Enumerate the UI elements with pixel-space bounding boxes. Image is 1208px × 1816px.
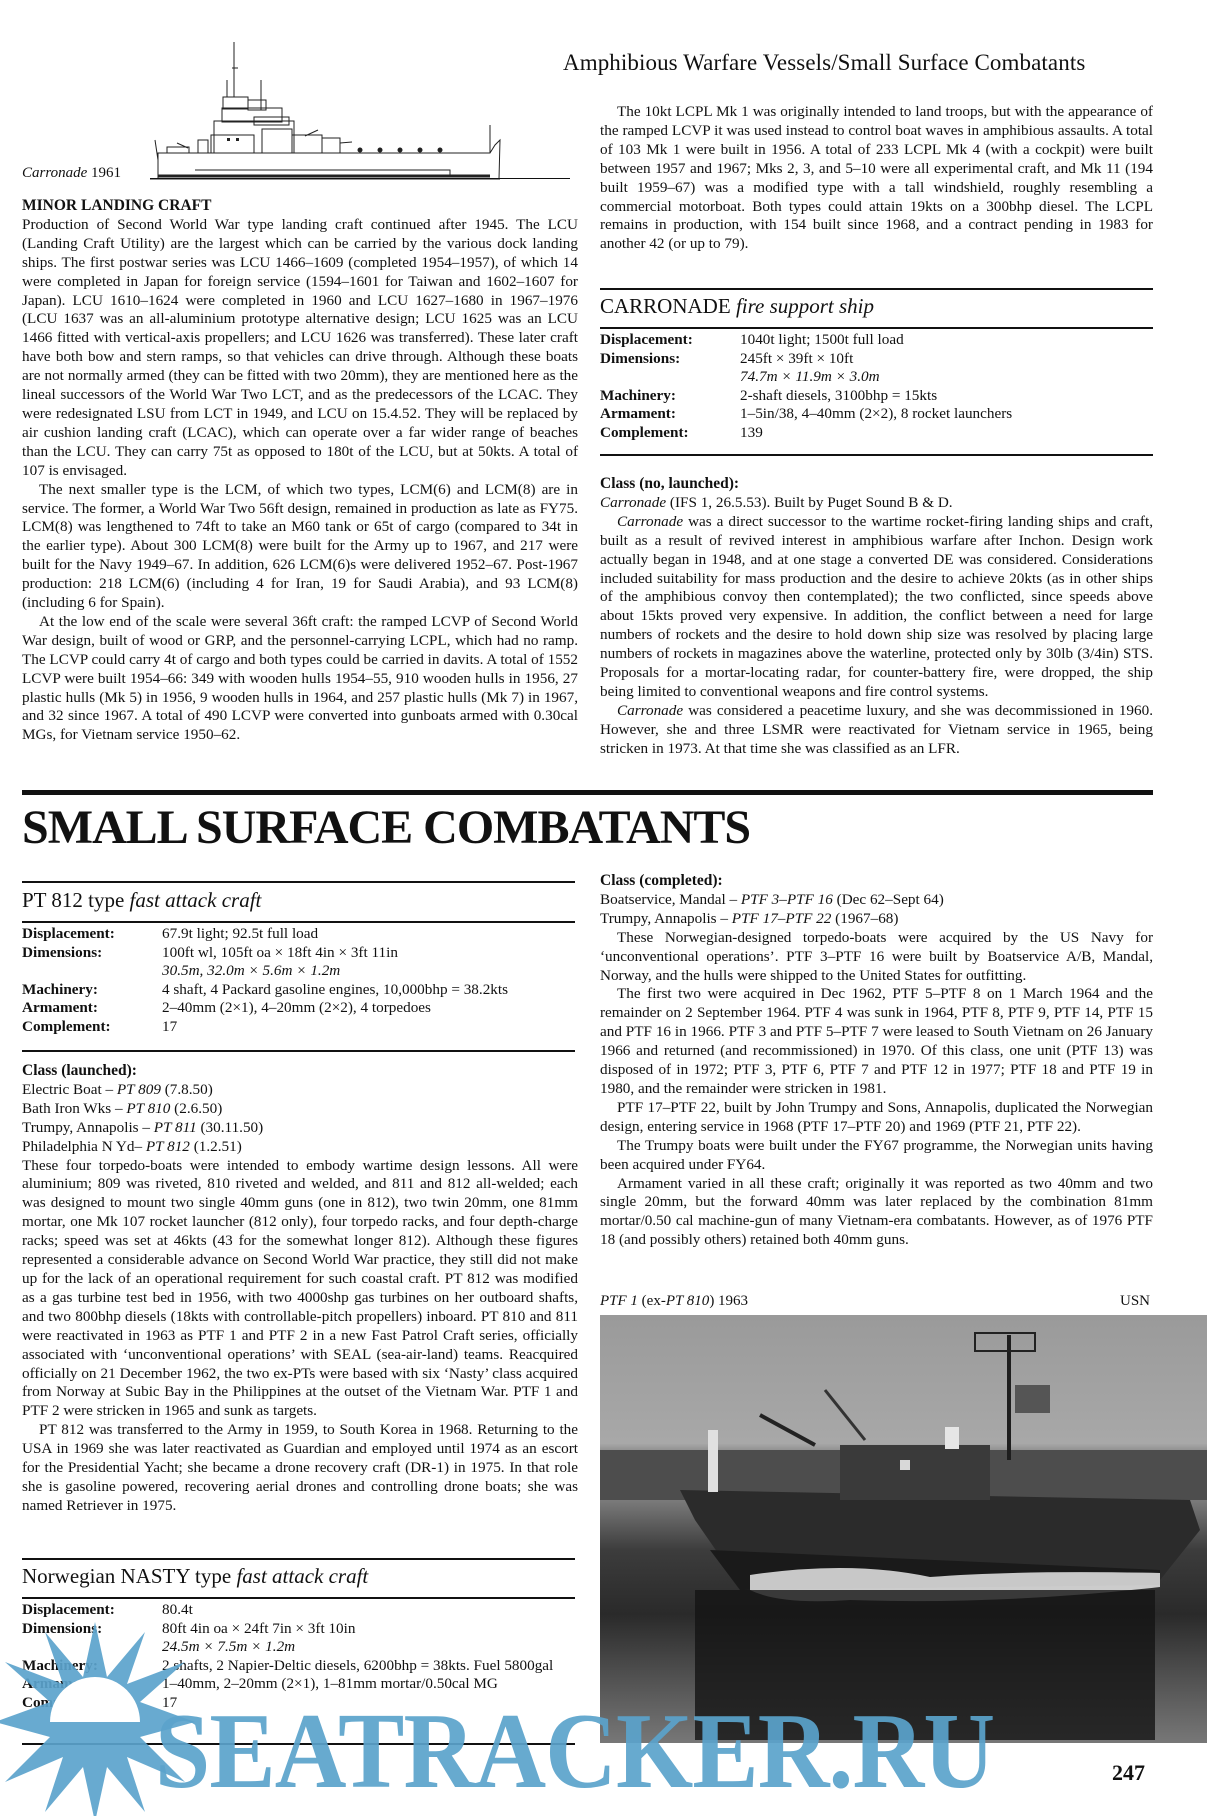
spec-row: Machinery:4 shaft, 4 Packard gasoline en…: [22, 981, 582, 1000]
spec-value: 1–5in/38, 4–40mm (2×2), 8 rocket launche…: [740, 405, 1153, 424]
spec-value: 80.4t: [162, 1601, 578, 1620]
carronade-class-section: Class (no, launched): Carronade (IFS 1, …: [600, 475, 1153, 759]
spec-row: Machinery:2-shaft diesels, 3100bhp = 15k…: [600, 387, 1153, 406]
paragraph: These Norwegian-designed torpedo-boats w…: [600, 929, 1153, 986]
spec-label: Armament:: [600, 405, 740, 424]
spec-label: Complement:: [22, 1018, 162, 1037]
paragraph: PT 812 was transferred to the Army in 19…: [22, 1421, 578, 1516]
photo-caption: PTF 1 (ex-PT 810) 1963: [600, 1293, 748, 1310]
caption-ship-name: Carronade: [22, 165, 87, 181]
class-list-item: Trumpy, Annapolis – PTF 17–PTF 22 (1967–…: [600, 910, 1153, 929]
paragraph: The next smaller type is the LCM, of whi…: [22, 481, 578, 613]
class-list-item: Trumpy, Annapolis – PT 811 (30.11.50): [22, 1119, 578, 1138]
spec-value: 245ft × 39ft × 10ft74.7m × 11.9m × 3.0m: [740, 350, 1153, 387]
ship-profile-icon: [150, 40, 570, 185]
spec-label: Displacement:: [22, 1601, 162, 1620]
paragraph: The Trumpy boats were built under the FY…: [600, 1137, 1153, 1175]
nasty-class-section: Class (completed): Boatservice, Mandal –…: [600, 872, 1153, 1250]
spec-label: Displacement:: [600, 331, 740, 350]
class-list-item: Boatservice, Mandal – PTF 3–PTF 16 (Dec …: [600, 891, 1153, 910]
page-number: 247: [1112, 1760, 1145, 1786]
spec-value: 17: [162, 1018, 582, 1037]
spec-value: 2–40mm (2×1), 4–20mm (2×2), 4 torpedoes: [162, 999, 582, 1018]
spec-value: 80ft 4in oa × 24ft 7in × 3ft 10in24.5m ×…: [162, 1620, 578, 1657]
class-list-item: Philadelphia N Yd– PT 812 (1.2.51): [22, 1138, 578, 1157]
paragraph: These four torpedo-boats were intended t…: [22, 1157, 578, 1422]
title-name: Norwegian NASTY type: [22, 1564, 236, 1588]
spec-label: Displacement:: [22, 925, 162, 944]
class-heading: Class (launched):: [22, 1062, 578, 1081]
carronade-title: CARRONADE fire support ship: [600, 294, 874, 319]
spec-value: 2 shafts, 2 Napier-Deltic diesels, 6200b…: [162, 1657, 578, 1676]
paragraph: Armament varied in all these craft; orig…: [600, 1175, 1153, 1251]
paragraph: Carronade was considered a peacetime lux…: [600, 702, 1153, 759]
spec-title-rule: [22, 921, 575, 923]
drawing-divider: [150, 178, 570, 179]
ptf1-photograph: [600, 1315, 1207, 1743]
title-name: CARRONADE: [600, 294, 736, 318]
spec-label: Dimensions:: [22, 944, 162, 981]
spec-row: Armament:2–40mm (2×1), 4–20mm (2×2), 4 t…: [22, 999, 582, 1018]
carronade-spec-table: Displacement:1040t light; 1500t full loa…: [600, 331, 1153, 443]
paragraph: Carronade was a direct successor to the …: [600, 513, 1153, 702]
spec-value: 139: [740, 424, 1153, 443]
section-divider: [22, 790, 1153, 795]
paragraph: PTF 17–PTF 22, built by John Trumpy and …: [600, 1099, 1153, 1137]
spec-label: Complement:: [600, 424, 740, 443]
running-head: Amphibious Warfare Vessels/Small Surface…: [563, 50, 1085, 76]
class-list-item: Electric Boat – PT 809 (7.8.50): [22, 1081, 578, 1100]
paragraph: The 10kt LCPL Mk 1 was originally intend…: [600, 103, 1153, 254]
title-type: fire support ship: [736, 294, 874, 318]
paragraph: At the low end of the scale were several…: [22, 613, 578, 745]
photo-credit: USN: [1120, 1293, 1150, 1310]
spec-bottom-rule: [600, 454, 1153, 456]
drawing-caption: Carronade 1961: [22, 165, 121, 182]
spec-row: Displacement:1040t light; 1500t full loa…: [600, 331, 1153, 350]
nasty-title: Norwegian NASTY type fast attack craft: [22, 1564, 368, 1589]
class-heading: Class (no, launched):: [600, 475, 1153, 494]
boat-photo-icon: [600, 1315, 1207, 1743]
title-type: fast attack craft: [236, 1564, 368, 1588]
spec-value: 100ft wl, 105ft oa × 18ft 4in × 3ft 11in…: [162, 944, 582, 981]
pt812-spec-table: Displacement:67.9t light; 92.5t full loa…: [22, 925, 582, 1037]
spec-row: Complement:139: [600, 424, 1153, 443]
class-line: Carronade (IFS 1, 26.5.53). Built by Pug…: [600, 494, 1153, 513]
spec-label: Dimensions:: [600, 350, 740, 387]
spec-row: Dimensions:245ft × 39ft × 10ft74.7m × 11…: [600, 350, 1153, 387]
section-heading: MINOR LANDING CRAFT: [22, 197, 578, 216]
watermark-text: SEATRACKER.RU: [155, 1690, 994, 1814]
spec-label: Machinery:: [600, 387, 740, 406]
pt812-title: PT 812 type fast attack craft: [22, 888, 261, 913]
paragraph: Production of Second World War type land…: [22, 216, 578, 481]
pt812-class-section: Class (launched): Electric Boat – PT 809…: [22, 1062, 578, 1516]
spec-label: Machinery:: [22, 981, 162, 1000]
spec-bottom-rule: [22, 1050, 575, 1052]
spec-title-rule: [22, 1597, 575, 1599]
paragraph: The first two were acquired in Dec 1962,…: [600, 985, 1153, 1098]
spec-row: Complement:17: [22, 1018, 582, 1037]
spec-row: Displacement:67.9t light; 92.5t full loa…: [22, 925, 582, 944]
minor-landing-craft-section: MINOR LANDING CRAFT Production of Second…: [22, 197, 578, 745]
class-list-item: Bath Iron Wks – PT 810 (2.6.50): [22, 1100, 578, 1119]
spec-value: 67.9t light; 92.5t full load: [162, 925, 582, 944]
title-type: fast attack craft: [130, 888, 262, 912]
spec-row: Dimensions:100ft wl, 105ft oa × 18ft 4in…: [22, 944, 582, 981]
spec-row: Displacement:80.4t: [22, 1601, 578, 1620]
title-name: PT 812 type: [22, 888, 130, 912]
caption-year: 1961: [87, 165, 121, 181]
small-surface-combatants-heading: SMALL SURFACE COMBATANTS: [22, 800, 750, 855]
spec-value: 1040t light; 1500t full load: [740, 331, 1153, 350]
carronade-drawing: [150, 40, 570, 185]
lcpl-paragraph-block: The 10kt LCPL Mk 1 was originally intend…: [600, 103, 1153, 254]
class-heading: Class (completed):: [600, 872, 1153, 891]
spec-row: Armament:1–5in/38, 4–40mm (2×2), 8 rocke…: [600, 405, 1153, 424]
spec-value: 2-shaft diesels, 3100bhp = 15kts: [740, 387, 1153, 406]
spec-top-rule: [22, 881, 575, 883]
spec-title-rule: [600, 327, 1153, 329]
spec-label: Armament:: [22, 999, 162, 1018]
spec-top-rule: [22, 1558, 575, 1560]
spec-value: 4 shaft, 4 Packard gasoline engines, 10,…: [162, 981, 582, 1000]
spec-top-rule: [600, 288, 1153, 290]
